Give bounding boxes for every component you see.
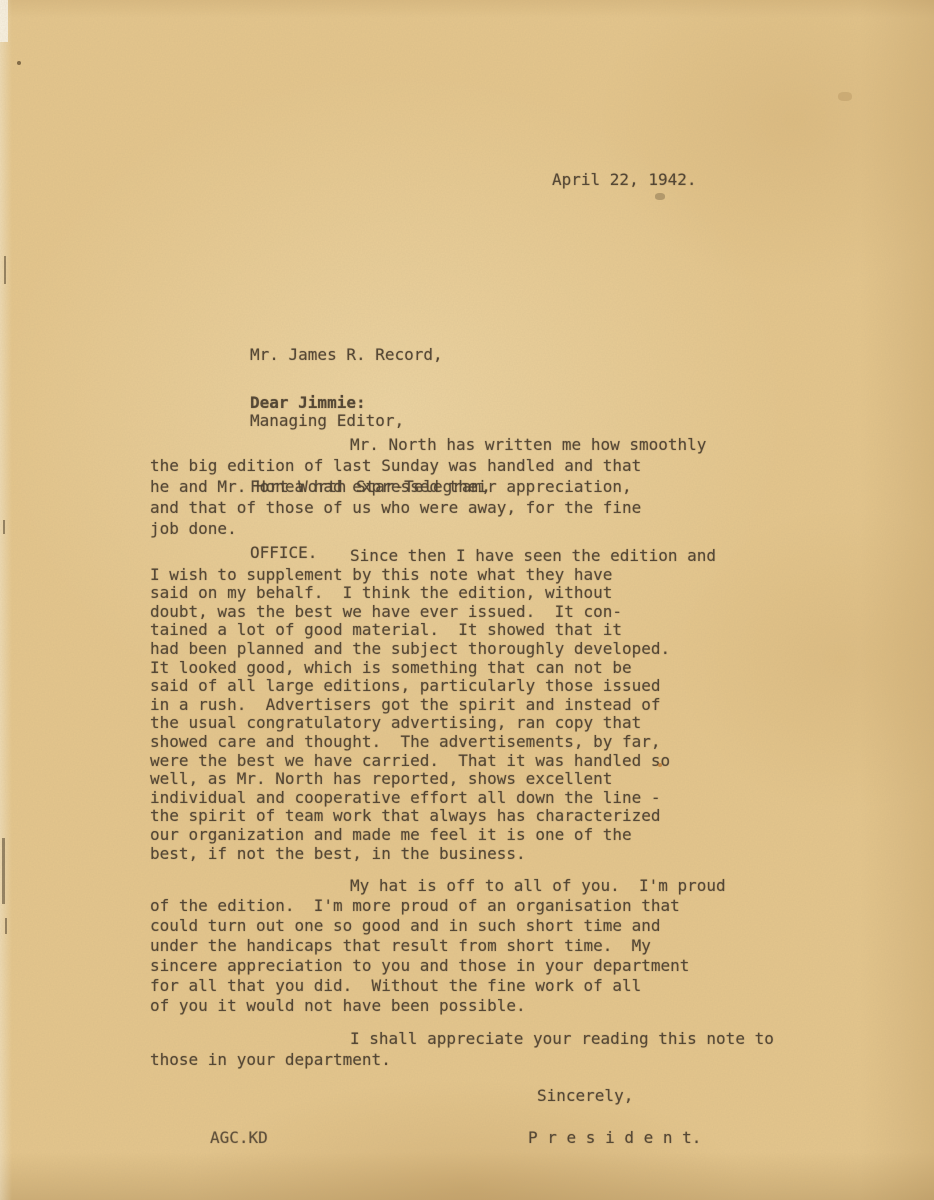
body-line: Mr. North has written me how smoothly	[150, 434, 706, 455]
body-line: could turn out one so good and in such s…	[150, 916, 726, 936]
signature-title: P r e s i d e n t.	[528, 1128, 701, 1147]
body-line: well, as Mr. North has reported, shows e…	[150, 770, 716, 789]
paper-smudge	[655, 193, 665, 200]
body-line: said on my behalf. I think the edition, …	[150, 584, 716, 603]
paper-edge-mark	[2, 838, 5, 904]
body-line: Since then I have seen the edition and	[150, 547, 716, 566]
body-line: of the edition. I'm more proud of an org…	[150, 896, 726, 916]
body-line: had been planned and the subject thoroug…	[150, 640, 716, 659]
body-line: said of all large editions, particularly…	[150, 677, 716, 696]
body-line: our organization and made me feel it is …	[150, 826, 716, 845]
body-line: I shall appreciate your reading this not…	[150, 1028, 774, 1049]
paper-edge-mark	[5, 918, 7, 934]
body-line: he and Mr. Honea had expressed their app…	[150, 476, 706, 497]
paper-edge-mark	[3, 520, 5, 534]
body-line: those in your department.	[150, 1049, 774, 1070]
paper-speck	[17, 61, 21, 65]
body-line: the spirit of team work that always has …	[150, 807, 716, 826]
body-line: showed care and thought. The advertiseme…	[150, 733, 716, 752]
recipient-name: Mr. James R. Record,	[250, 344, 491, 366]
body-line: the big edition of last Sunday was handl…	[150, 455, 706, 476]
body-line: of you it would not have been possible.	[150, 996, 726, 1016]
body-line: best, if not the best, in the business.	[150, 845, 716, 864]
paper-corner-notch	[0, 0, 8, 42]
body-line: sincere appreciation to you and those in…	[150, 956, 726, 976]
letter-paper: April 22, 1942. Mr. James R. Record, Man…	[0, 0, 934, 1200]
body-line: the usual congratulatory advertising, ra…	[150, 714, 716, 733]
body-line: My hat is off to all of you. I'm proud	[150, 876, 726, 896]
paragraph: Since then I have seen the edition andI …	[150, 547, 716, 863]
letter-date: April 22, 1942.	[552, 170, 697, 189]
salutation: Dear Jimmie:	[250, 393, 366, 412]
body-line: in a rush. Advertisers got the spirit an…	[150, 696, 716, 715]
closing: Sincerely,	[537, 1086, 633, 1105]
body-line: were the best we have carried. That it w…	[150, 752, 716, 771]
body-line: tained a lot of good material. It showed…	[150, 621, 716, 640]
paragraph: Mr. North has written me how smoothlythe…	[150, 434, 706, 539]
paper-smudge	[838, 92, 852, 101]
paper-edge-mark	[4, 256, 6, 284]
paragraph: I shall appreciate your reading this not…	[150, 1028, 774, 1070]
body-line: under the handicaps that result from sho…	[150, 936, 726, 956]
letter-body: April 22, 1942. Mr. James R. Record, Man…	[0, 0, 934, 1200]
body-line: doubt, was the best we have ever issued.…	[150, 603, 716, 622]
recipient-title: Managing Editor,	[250, 410, 491, 432]
body-line: It looked good, which is something that …	[150, 659, 716, 678]
body-line: I wish to supplement by this note what t…	[150, 566, 716, 585]
typist-initials: AGC.KD	[210, 1128, 268, 1147]
body-line: job done.	[150, 518, 706, 539]
paragraph: My hat is off to all of you. I'm proudof…	[150, 876, 726, 1016]
body-line: and that of those of us who were away, f…	[150, 497, 706, 518]
body-line: individual and cooperative effort all do…	[150, 789, 716, 808]
paper-speck	[658, 763, 662, 767]
body-line: for all that you did. Without the fine w…	[150, 976, 726, 996]
